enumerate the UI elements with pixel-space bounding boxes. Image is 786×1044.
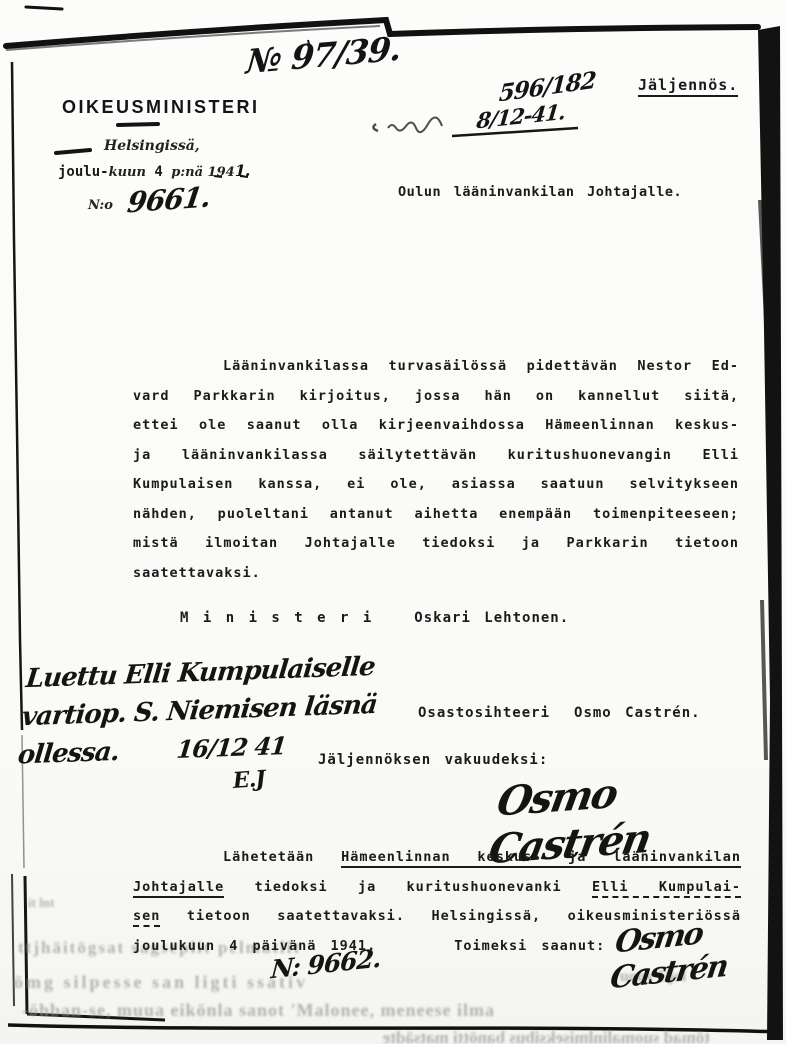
date-printed-part: kuun (109, 165, 146, 180)
letterhead-place: Helsingissä, (104, 138, 200, 154)
body-line: Lääninvankilassa turvasäilössä pidettävä… (133, 352, 739, 382)
recipient-line: Oulun lääninvankilan Johtajalle. (398, 184, 682, 200)
bleedthrough-text: -öhban-se, muua eikönla sanot 'Malonee, … (22, 1000, 495, 1021)
body-line: vard Parkkarin kirjoitus, jossa hän on k… (133, 382, 739, 412)
certification-label: Jäljennöksen vakuudeksi: (318, 752, 548, 768)
forwarding-line: Lähetetään Hämeenlinnan keskus- ja lääni… (133, 843, 741, 873)
date-handwritten-part: 1. (235, 161, 250, 180)
right-edge-bar (758, 26, 783, 1040)
text-segment: Toimeksi saanut: (454, 932, 605, 962)
bleedthrough-text: ömg silpesse san ligti ssativ (14, 972, 308, 993)
bleedthrough-text: tömad suomalinlmiseksibus banötti matsäd… (10, 1028, 710, 1044)
minister-title: M i n i s t e r i (180, 610, 372, 626)
note-initials: E.J (232, 766, 266, 794)
minister-name: Oskari Lehtonen. (414, 610, 569, 626)
secretary-name: Osmo Castrén. (574, 705, 701, 721)
scanned-document-page: it lnt ttjhäitögsat sagseplit pelmatlit … (0, 0, 786, 1044)
minister-line: M i n i s t e r i Oskari Lehtonen. (180, 610, 569, 626)
body-line: ja lääninvankilassa säilytettävän kuritu… (133, 441, 739, 471)
bleedthrough-text: it lnt (28, 895, 54, 911)
body-line: nähden, puoleltani antanut aihetta enemp… (133, 500, 739, 530)
body-line: mistä ilmoitan Johtajalle tiedoksi ja Pa… (133, 529, 739, 559)
date-printed-part: p:nä 194 (171, 165, 234, 180)
underlined-segment: Johtajalle (133, 879, 224, 898)
text-segment: tiedoksi ja kuritushuonevanki (255, 879, 562, 895)
date-typed-part: 4 (146, 164, 171, 180)
underlined-segment: Hämeenlinnan keskus- ja lääninvankilan (341, 849, 741, 868)
copy-label-text: Jäljennös. (638, 76, 738, 97)
forwarding-line: Johtajalle tiedoksi ja kuritushuonevanki… (133, 873, 741, 903)
body-line: saatettavaksi. (133, 559, 739, 589)
copy-label: Jäljennös. (638, 76, 738, 94)
letterhead-date-line: joulu-kuun 4 p:nä 1941. (58, 161, 249, 180)
note-line: ollessa. (16, 733, 121, 775)
ministry-letterhead: OIKEUSMINISTERI (62, 97, 260, 118)
underlined-segment: Elli Kumpulai- (592, 879, 741, 898)
registry-date-handwritten: 8/12-41. (475, 99, 566, 134)
body-line: Kumpulaisen kanssa, ei ole, asiassa saat… (133, 470, 739, 500)
secretary-line: Osastosihteeri Osmo Castrén. (418, 705, 701, 721)
number-label: N:o (88, 198, 113, 213)
body-line: ettei ole saanut olla kirjeenvaihdossa H… (133, 411, 739, 441)
underlined-segment: sen (133, 908, 160, 927)
date-typed-part: joulu- (58, 164, 109, 180)
secretary-title: Osastosihteeri (418, 705, 550, 721)
number-handwritten: 9661. (125, 180, 212, 219)
text-segment: Lähetetään (223, 849, 314, 865)
file-number-handwritten: № 97/39. (245, 29, 403, 82)
note-date: 16/12 41 (175, 727, 288, 769)
body-paragraph: Lääninvankilassa turvasäilössä pidettävä… (133, 352, 739, 588)
